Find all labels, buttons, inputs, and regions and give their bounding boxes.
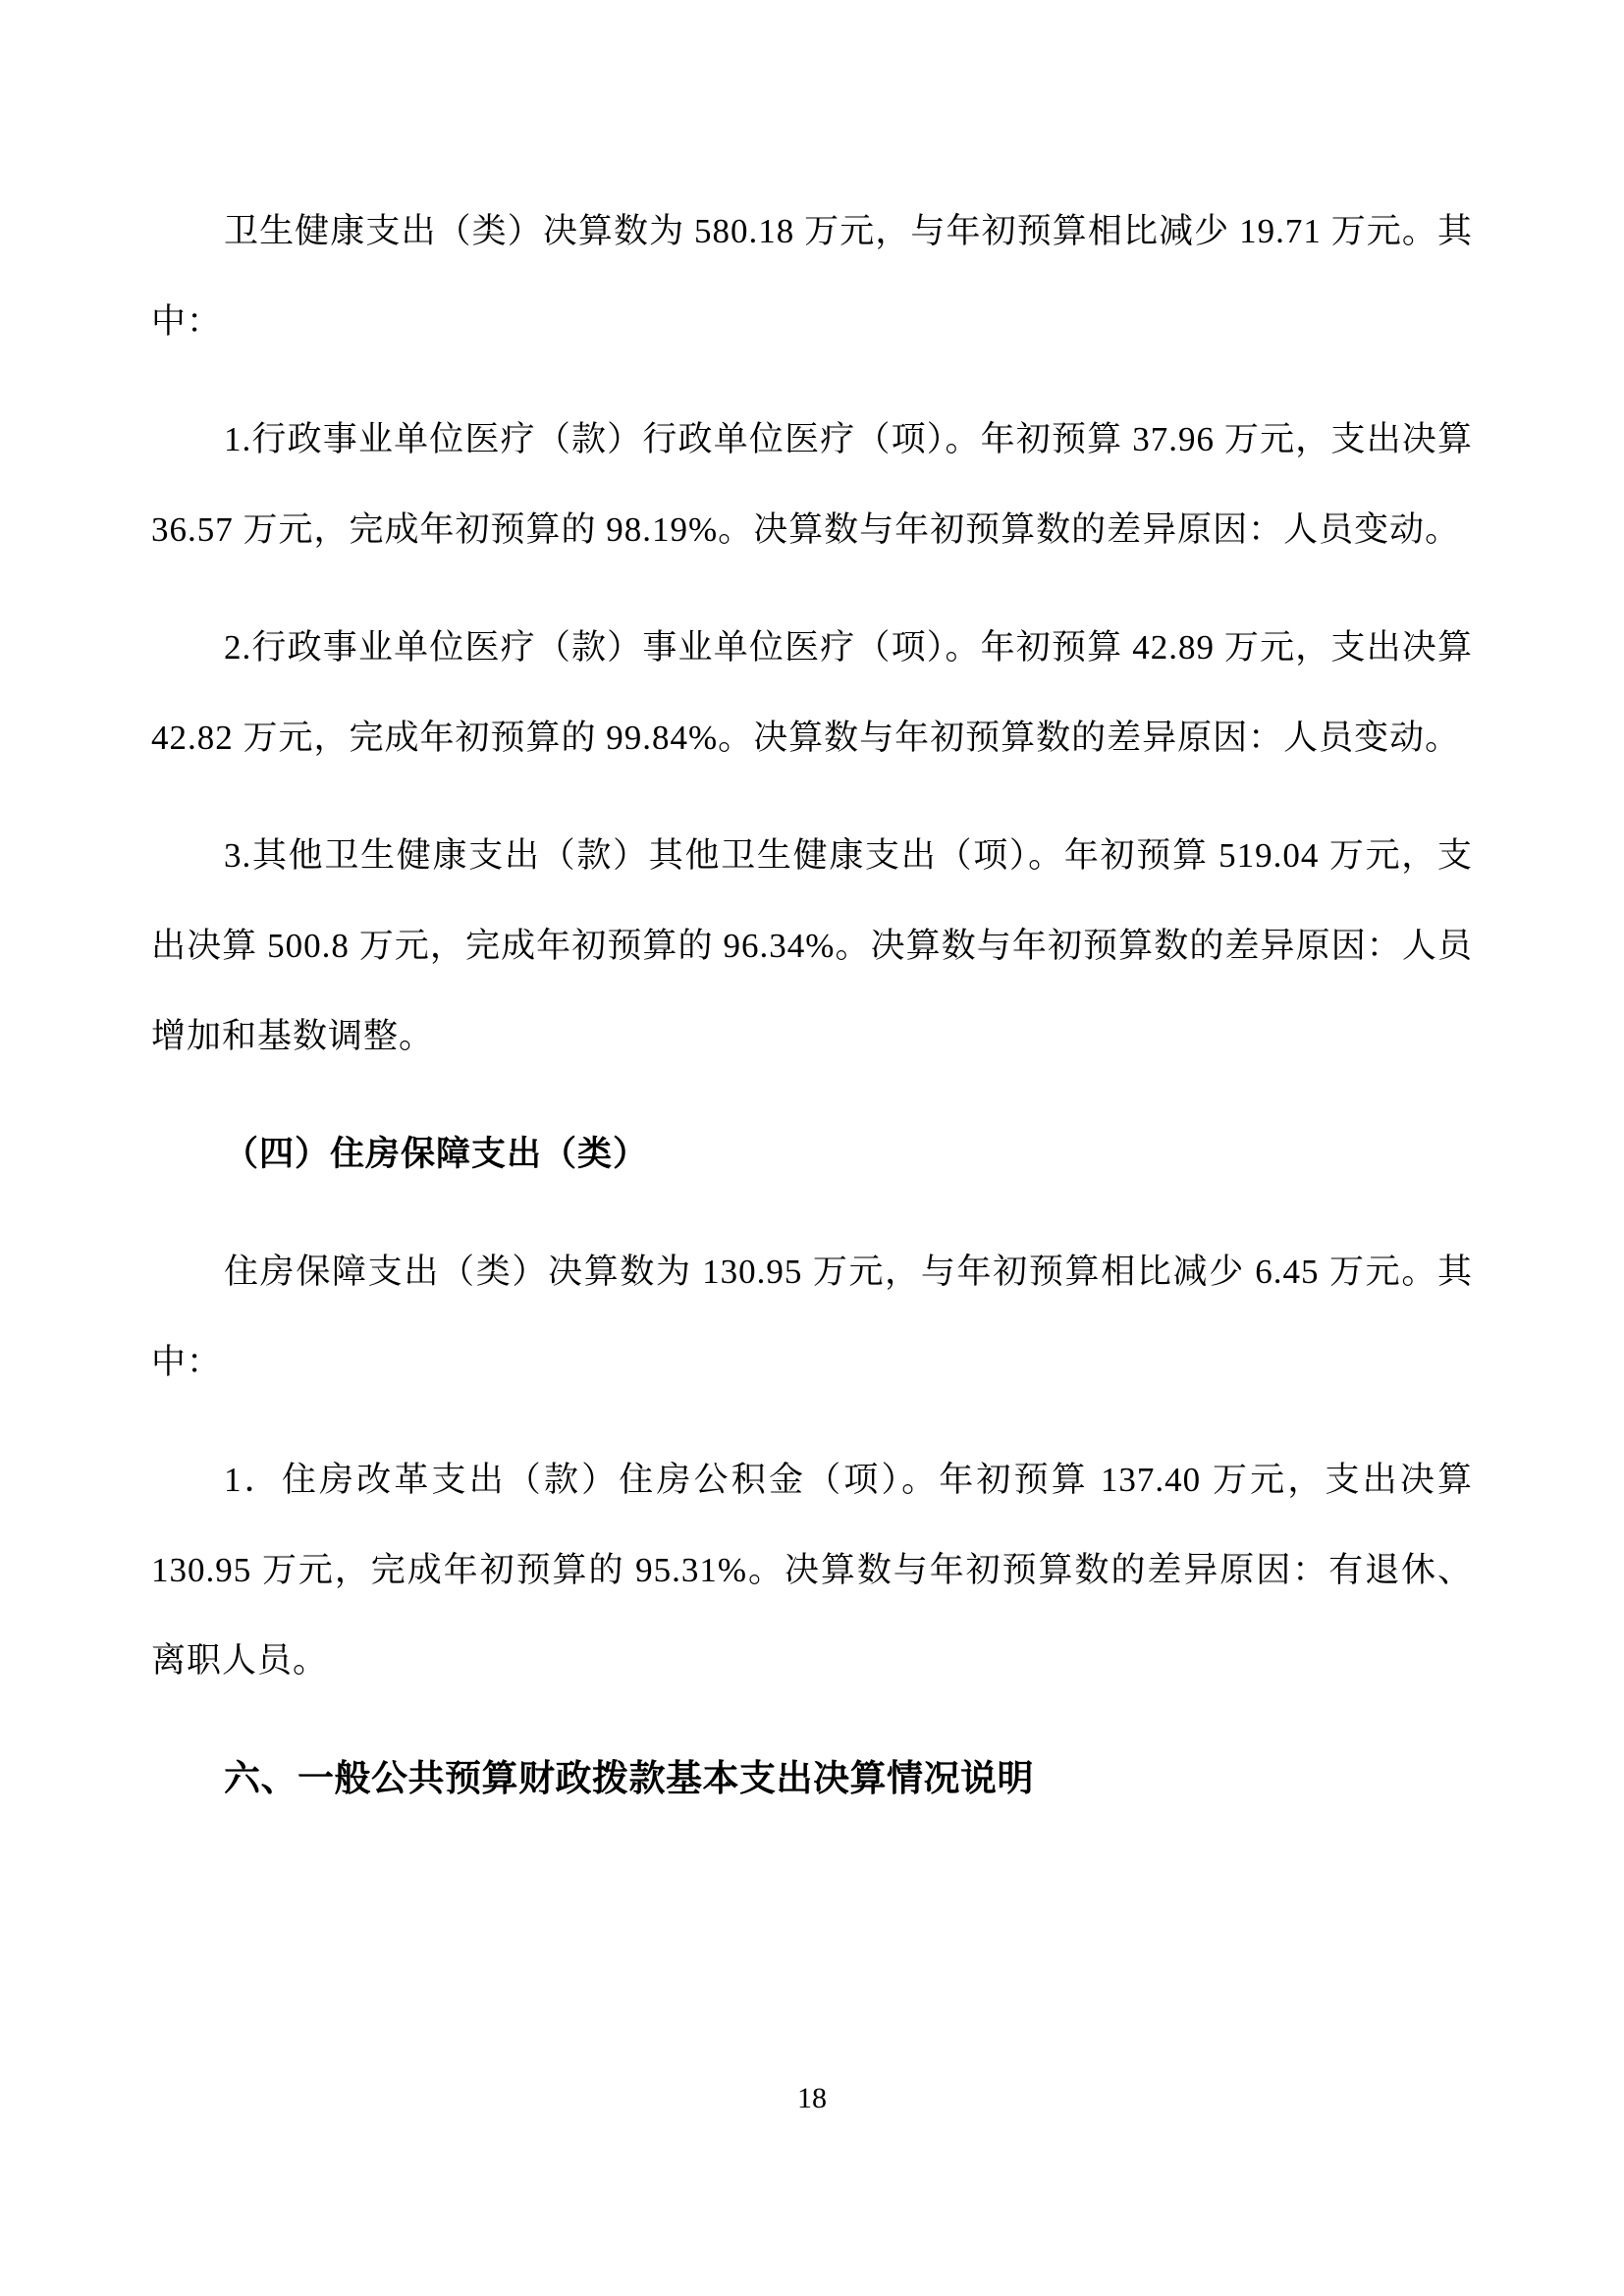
document-body: 卫生健康支出（类）决算数为 580.18 万元，与年初预算相比减少 19.71 … <box>151 187 1473 1851</box>
paragraph-housing-expenditure-total: 住房保障支出（类）决算数为 130.95 万元，与年初预算相比减少 6.45 万… <box>151 1227 1473 1408</box>
heading-section-six-basic-expenditure: 六、一般公共预算财政拨款基本支出决算情况说明 <box>151 1734 1473 1824</box>
paragraph-institution-unit-medical: 2.行政事业单位医疗（款）事业单位医疗（项）。年初预算 42.89 万元，支出决… <box>151 603 1473 783</box>
heading-housing-security-expenditure: （四）住房保障支出（类） <box>151 1109 1473 1200</box>
paragraph-housing-reform-fund: 1．住房改革支出（款）住房公积金（项）。年初预算 137.40 万元，支出决算 … <box>151 1435 1473 1706</box>
paragraph-health-expenditure-total: 卫生健康支出（类）决算数为 580.18 万元，与年初预算相比减少 19.71 … <box>151 187 1473 367</box>
paragraph-admin-unit-medical: 1.行政事业单位医疗（款）行政单位医疗（项）。年初预算 37.96 万元，支出决… <box>151 395 1473 575</box>
document-page: 卫生健康支出（类）决算数为 580.18 万元，与年初预算相比减少 19.71 … <box>0 0 1624 2296</box>
paragraph-other-health-expenditure: 3.其他卫生健康支出（款）其他卫生健康支出（项）。年初预算 519.04 万元，… <box>151 811 1473 1082</box>
page-number: 18 <box>0 2079 1624 2118</box>
